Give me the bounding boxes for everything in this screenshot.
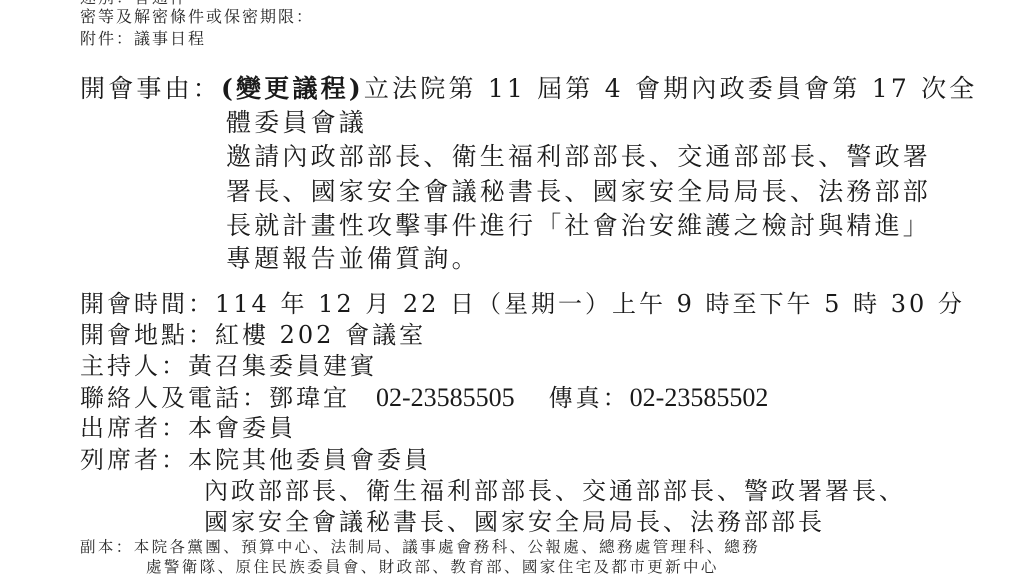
meeting-time-label: 開會時間： — [80, 290, 215, 318]
attendees-row: 出席者：本會委員 — [80, 416, 296, 440]
copies-row: 副本：本院各黨團、預算中心、法制局、議事處會務科、公報處、總務處管理科、總務 — [80, 540, 760, 556]
change-agenda-tag: (變更議程) — [221, 74, 364, 103]
attendees-value: 本會委員 — [188, 414, 296, 442]
meeting-chair-row: 主持人：黃召集委員建賓 — [80, 354, 377, 378]
meeting-location-label: 開會地點： — [80, 321, 215, 349]
meeting-location-value: 紅樓 202 會議室 — [215, 321, 426, 349]
observers-line-1: 本院其他委員會委員 — [188, 446, 431, 474]
meeting-reason-line-5: 長就計畫性攻擊事件進行「社會治安維護之檢討與精進」 — [226, 213, 931, 238]
meeting-time-row: 開會時間：114 年 12 月 22 日（星期一）上午 9 時至下午 5 時 3… — [80, 292, 965, 316]
observers-label: 列席者： — [80, 446, 188, 474]
observers-line-3: 國家安全會議秘書長、國家安全局局長、法務部部長 — [204, 510, 825, 534]
meeting-reason-line-3: 邀請內政部部長、衛生福利部部長、交通部部長、警政署 — [226, 144, 931, 169]
meeting-reason-line-4: 署長、國家安全會議秘書長、國家安全局局長、法務部部 — [226, 179, 931, 204]
meeting-reason-line-2: 體委員會議 — [226, 110, 367, 135]
meeting-chair-label: 主持人： — [80, 352, 188, 380]
meeting-reason-line-6: 專題報告並備質詢。 — [226, 246, 480, 271]
meeting-reason-label: 開會事由： — [80, 74, 221, 103]
copies-line-2: 處警衛隊、原住民族委員會、財政部、教育部、國家住宅及都市更新中心 — [146, 560, 719, 576]
meeting-reason-line-1: 開會事由：(變更議程)立法院第 11 屆第 4 會期內政委員會第 17 次全 — [80, 76, 978, 101]
contact-name: 鄧瑋宜 — [269, 384, 350, 412]
contact-phone: 02-23585505 — [376, 383, 515, 412]
contact-label: 聯絡人及電話： — [80, 384, 269, 412]
observers-row: 列席者：本院其他委員會委員 — [80, 448, 431, 472]
fax-label: 傳真： — [549, 384, 630, 412]
meeting-location-row: 開會地點：紅樓 202 會議室 — [80, 323, 426, 347]
attachment-line: 附件：議事日程 — [80, 31, 206, 47]
fax-number: 02-23585502 — [630, 383, 769, 412]
contact-row: 聯絡人及電話：鄧瑋宜02-23585505傳真：02-23585502 — [80, 385, 768, 411]
speed-classification-line: 速別：普通件 — [80, 0, 188, 6]
meeting-notice-document: 速別：普通件 密等及解密條件或保密期限： 附件：議事日程 開會事由：(變更議程)… — [0, 0, 1024, 576]
copies-label: 副本： — [80, 538, 134, 556]
meeting-time-value: 114 年 12 月 22 日（星期一）上午 9 時至下午 5 時 30 分 — [215, 290, 965, 318]
copies-line-1: 本院各黨團、預算中心、法制局、議事處會務科、公報處、總務處管理科、總務 — [134, 538, 761, 556]
classification-line: 密等及解密條件或保密期限： — [80, 9, 314, 25]
observers-line-2: 內政部部長、衛生福利部部長、交通部部長、警政署署長、 — [204, 479, 906, 503]
meeting-reason-text: 立法院第 11 屆第 4 會期內政委員會第 17 次全 — [364, 74, 978, 103]
attendees-label: 出席者： — [80, 414, 188, 442]
meeting-chair-value: 黃召集委員建賓 — [188, 352, 377, 380]
